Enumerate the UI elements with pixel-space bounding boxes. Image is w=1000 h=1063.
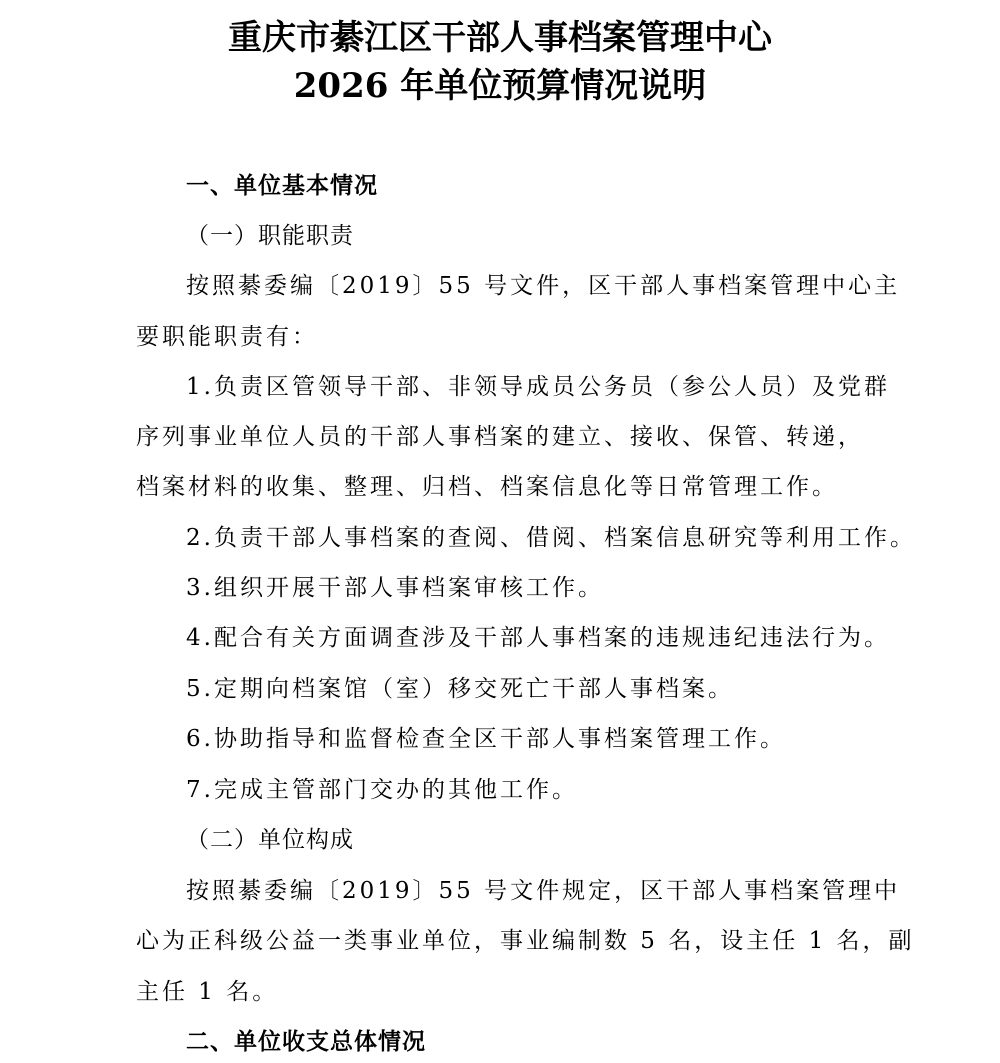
document-title-line1: 重庆市綦江区干部人事档案管理中心 (0, 10, 1000, 59)
paragraph-composition-line3: 主任 1 名。 (136, 977, 278, 1007)
function-item-5: 5.定期向档案馆（室）移交死亡干部人事档案。 (186, 674, 734, 704)
function-item-4: 4.配合有关方面调查涉及干部人事档案的违规违纪违法行为。 (186, 623, 890, 653)
subsection-heading-composition: （二）单位构成 (186, 825, 354, 855)
function-item-6: 6.协助指导和监督检查全区干部人事档案管理工作。 (186, 724, 786, 754)
section-heading-revenue-expenditure: 二、单位收支总体情况 (186, 1027, 426, 1057)
function-item-1-line1: 1.负责区管领导干部、非领导成员公务员（参公人员）及党群 (186, 372, 890, 402)
document-title-line2: 2026 年单位预算情况说明 (0, 58, 1000, 107)
document-page: 重庆市綦江区干部人事档案管理中心 2026 年单位预算情况说明 一、单位基本情况… (0, 0, 1000, 1063)
function-item-1-line2: 序列事业单位人员的干部人事档案的建立、接收、保管、转递， (136, 422, 864, 452)
paragraph-functions-intro-line1: 按照綦委编〔2019〕55 号文件，区干部人事档案管理中心主 (186, 271, 900, 301)
paragraph-composition-line2: 心为正科级公益一类事业单位，事业编制数 5 名，设主任 1 名，副 (136, 926, 915, 956)
function-item-2: 2.负责干部人事档案的查阅、借阅、档案信息研究等利用工作。 (186, 523, 916, 553)
function-item-7: 7.完成主管部门交办的其他工作。 (186, 775, 578, 805)
function-item-1-line3: 档案材料的收集、整理、归档、档案信息化等日常管理工作。 (136, 472, 838, 502)
paragraph-functions-intro-line2: 要职能职责有： (136, 322, 318, 352)
section-heading-basic-info: 一、单位基本情况 (186, 171, 378, 201)
subsection-heading-functions: （一）职能职责 (186, 221, 354, 251)
function-item-3: 3.组织开展干部人事档案审核工作。 (186, 573, 604, 603)
paragraph-composition-line1: 按照綦委编〔2019〕55 号文件规定，区干部人事档案管理中 (186, 876, 900, 906)
